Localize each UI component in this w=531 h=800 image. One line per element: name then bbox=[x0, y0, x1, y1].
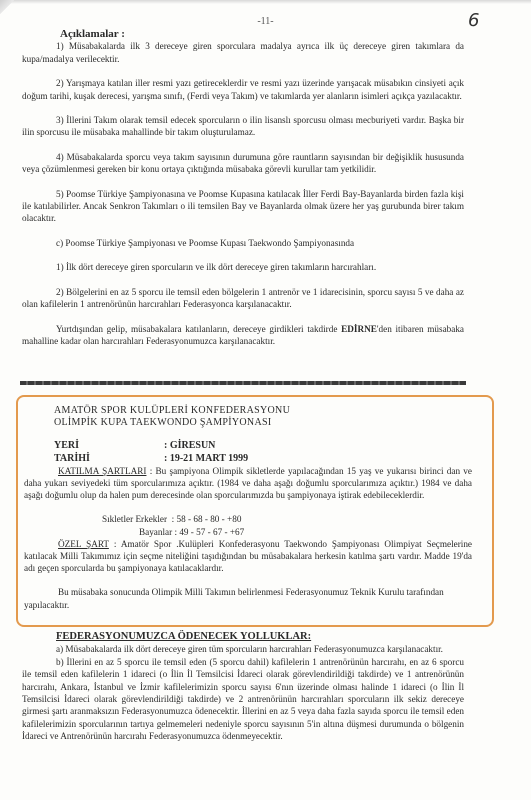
section-c-heading: c) Poomse Türkiye Şampiyonası ve Poomse … bbox=[22, 237, 464, 249]
explanation-item-1: 1) Müsabakalarda ilk 3 dereceye giren sp… bbox=[22, 40, 464, 65]
allowance-item-a: a) Müsabakalarda ilk dört dereceye giren… bbox=[22, 643, 464, 655]
org-title-line-1: AMATÖR SPOR KULÜPLERİ KONFEDERASYONU bbox=[54, 405, 472, 417]
allowances-heading: FEDERASYONUMUZCA ÖDENECEK YOLLUKLAR: bbox=[56, 631, 464, 643]
participation-conditions: KATILMA ŞARTLARI : Bu şampiyona Olimpik … bbox=[24, 465, 472, 502]
abroad-note-prefix: Yurtdışından gelip, müsabakalara katılan… bbox=[56, 324, 341, 334]
org-title-line-2: OLİMPİK KUPA TAEKWONDO ŞAMPİYONASI bbox=[54, 417, 472, 429]
place-value: : GİRESUN bbox=[164, 440, 215, 452]
result-note: Bu müsabaka sonucunda Olimpik Milli Takı… bbox=[24, 586, 472, 610]
date-row: TARİHİ : 19-21 MART 1999 bbox=[54, 453, 472, 465]
date-value: : 19-21 MART 1999 bbox=[164, 453, 248, 465]
weights-label: Sıkletler bbox=[102, 514, 133, 524]
page-corner-fold bbox=[0, 0, 14, 14]
scan-top-edge bbox=[0, 0, 531, 4]
weight-classes: Sıkletler Erkekler : 58 - 68 - 80 - +80 … bbox=[102, 513, 472, 537]
explanation-item-2: 2) Yarışmaya katılan iller resmi yazı ge… bbox=[22, 77, 464, 102]
women-weights-row: Bayanlar : 49 - 57 - 67 - +67 bbox=[139, 526, 472, 538]
men-label: Erkekler bbox=[135, 514, 167, 524]
women-weights: : 49 - 57 - 67 - +67 bbox=[174, 527, 244, 537]
place-row: YERİ : GİRESUN bbox=[54, 440, 472, 452]
date-label: TARİHİ bbox=[54, 453, 164, 465]
allowances-section: FEDERASYONUMUZCA ÖDENECEK YOLLUKLAR: a) … bbox=[22, 631, 464, 743]
explanations-heading: Açıklamalar : bbox=[60, 28, 464, 40]
special-condition: ÖZEL ŞART : Amatör Spor .Kulüpleri Konfe… bbox=[24, 538, 472, 575]
championship-highlight-box: AMATÖR SPOR KULÜPLERİ KONFEDERASYONU OLİ… bbox=[16, 395, 494, 627]
section-c-item-1: 1) İlk dört dereceye giren sporcuların v… bbox=[22, 261, 464, 273]
place-label: YERİ bbox=[54, 440, 164, 452]
explanations-section: Açıklamalar : 1) Müsabakalarda ilk 3 der… bbox=[22, 28, 464, 347]
women-label: Bayanlar bbox=[139, 527, 172, 537]
men-weights-row: Sıkletler Erkekler : 58 - 68 - 80 - +80 bbox=[102, 513, 472, 525]
abroad-note-city: EDİRNE bbox=[341, 324, 377, 334]
explanation-item-5: 5) Poomse Türkiye Şampiyonasına ve Pooms… bbox=[22, 188, 464, 225]
championship-content: AMATÖR SPOR KULÜPLERİ KONFEDERASYONU OLİ… bbox=[24, 405, 472, 611]
scanned-document-page: -11- 6 Açıklamalar : 1) Müsabakalarda il… bbox=[0, 0, 531, 800]
allowance-item-b: b) İllerini en az 5 sporcu ile temsil ed… bbox=[22, 656, 464, 743]
section-divider-bar bbox=[20, 381, 466, 385]
page-number: -11- bbox=[0, 16, 531, 27]
conditions-label: KATILMA ŞARTLARI bbox=[58, 466, 146, 476]
section-c-item-2: 2) Bölgelerini en az 5 sporcu ile temsil… bbox=[22, 286, 464, 311]
men-weights: : 58 - 68 - 80 - +80 bbox=[172, 514, 242, 524]
explanation-item-3: 3) İllerini Takım olarak temsil edecek s… bbox=[22, 114, 464, 139]
handwritten-page-mark: 6 bbox=[468, 10, 479, 31]
special-label: ÖZEL ŞART bbox=[58, 539, 109, 549]
explanation-item-4: 4) Müsabakalarda sporcu veya takım sayıs… bbox=[22, 151, 464, 176]
abroad-note: Yurtdışından gelip, müsabakalara katılan… bbox=[22, 323, 464, 348]
